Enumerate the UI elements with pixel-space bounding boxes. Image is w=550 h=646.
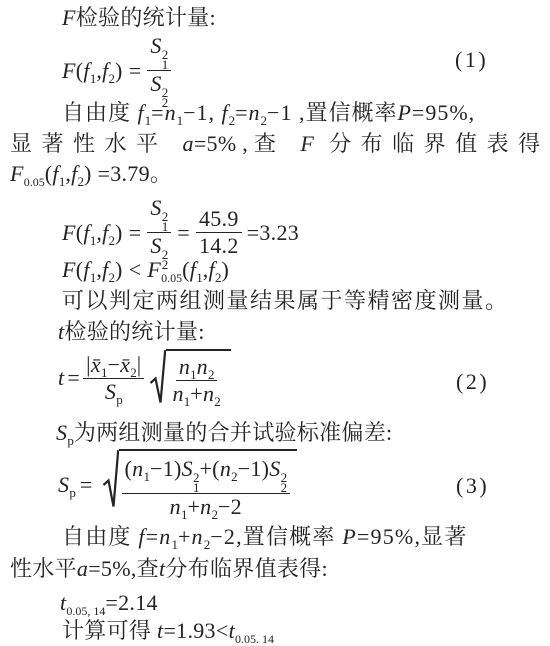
minus-two: −2 <box>210 524 236 549</box>
calculation-result-line: 计算可得 t=1.93<t0.05. 14 <box>62 617 274 645</box>
t-test-heading: t检验的统计量: <box>58 318 205 346</box>
var-n: n <box>159 524 171 549</box>
subscript-2: 2 <box>214 394 221 409</box>
plus-sign: + <box>190 381 203 406</box>
equals-sign: = <box>235 100 248 125</box>
fraction-numeric: 45.9 14.2 <box>196 206 242 259</box>
paren-close: ) <box>174 456 182 481</box>
subscript-005-14: 0.05, 14 <box>66 604 105 618</box>
plus-sign: + <box>178 524 192 549</box>
var-f: f <box>138 100 145 125</box>
comma: , <box>208 100 221 125</box>
fraction-numerator: |x̄1−x̄2| <box>83 352 144 379</box>
paragraph-2-line-2: 性水平a=5%,查t分布临界值表得: <box>10 555 328 583</box>
radical-sign <box>102 449 119 510</box>
var-S: S <box>105 379 116 404</box>
paren-open: ( <box>212 456 220 481</box>
fraction-n1n2: n1n2 n1+n2 <box>169 354 223 407</box>
var-n: n <box>197 354 208 379</box>
fraction-numerator: S21 <box>147 33 171 71</box>
var-n: n <box>172 381 183 406</box>
var-F: F <box>62 220 76 245</box>
value-5pct: =5%,查 <box>88 556 159 581</box>
equation-2: t= |x̄1−x̄2| Sp n1n2 n1+n2 <box>58 349 231 407</box>
text-zhixin-gailv: ,置信概率 <box>292 100 397 125</box>
document-page: F检验的统计量: F(f1,f2)= S21 S22 (1) 自由度 f1=n1… <box>0 0 550 646</box>
text-xianzhu: ,显著 <box>414 524 467 549</box>
equation-lhs: F(f1,f2)= <box>62 219 147 247</box>
var-n: n <box>132 456 143 481</box>
equals-sign: = <box>129 58 142 83</box>
square-root: n1n2 n1+n2 <box>149 349 230 407</box>
radicand: (n1−1)S21+(n2−1)S22 n1+n2−2 <box>119 449 298 520</box>
t-critical-line: t0.05, 14=2.14 <box>60 589 158 617</box>
var-S: S <box>150 71 161 96</box>
sp-definition-line: Sp为两组测量的合并试验标准偏差: <box>56 419 392 447</box>
text-jisuan-kede: 计算可得 <box>62 618 157 643</box>
value-214: =2.14 <box>105 590 157 615</box>
fraction-numerator: 45.9 <box>196 206 242 233</box>
text-zhixin-gailv: ,置信概率 <box>236 524 342 549</box>
subscript-005-14: 0.05. 14 <box>235 632 274 646</box>
paren-open: ( <box>182 257 190 282</box>
equals-sign: = <box>67 365 80 390</box>
text-fenbu-linjie: 分布临界值表得: <box>165 556 328 581</box>
var-S: S <box>150 233 161 258</box>
var-S: S <box>150 195 161 220</box>
heading-text: 检验的统计量: <box>64 319 204 344</box>
var-S: S <box>182 456 193 481</box>
paren-close: ) <box>115 257 123 282</box>
var-F: F <box>62 58 76 83</box>
var-n: n <box>192 524 204 549</box>
fraction-pooled: (n1−1)S21+(n2−1)S22 n1+n2−2 <box>122 454 291 520</box>
fraction-s1-s2: S21 S22 <box>147 33 171 108</box>
radical-sign <box>149 349 166 406</box>
var-f: f <box>138 524 145 549</box>
square-root: (n1−1)S21+(n2−1)S22 n1+n2−2 <box>102 449 298 520</box>
fraction-denominator: Sp <box>102 379 126 405</box>
paragraph-1-line-1: 自由度 f1=n1−1, f2=n2−1 ,置信概率P=95%, <box>62 99 475 127</box>
var-a: a <box>183 131 194 156</box>
var-F: F <box>62 257 76 282</box>
text-cha: 查 <box>254 131 301 156</box>
equation-3: Sp= (n1−1)S21+(n2−1)S22 n1+n2−2 <box>58 449 297 520</box>
plus-sign: + <box>199 456 212 481</box>
minus-one: −1 <box>238 456 262 481</box>
subscript-2: 2 <box>208 367 215 382</box>
value-5pct: =5% , <box>194 131 254 156</box>
equation-1-lhs: F(f1,f2)= <box>62 57 147 85</box>
inequality-line: F(f1,f2)<F0.05(f1,f2) <box>62 256 229 284</box>
var-F: F <box>147 257 161 282</box>
fraction-numerator: (n1−1)S21+(n2−1)S22 <box>122 454 291 494</box>
subscript-1: 1 <box>162 222 169 232</box>
fraction-denominator: n1+n2−2 <box>167 494 245 520</box>
equation-3-lhs: Sp= <box>58 471 97 499</box>
subscript-p: p <box>69 485 76 500</box>
f-test-heading: F检验的统计量: <box>62 4 216 32</box>
minus-one: −1 <box>183 100 208 125</box>
var-S: S <box>58 472 69 497</box>
var-S: S <box>56 420 67 445</box>
value-323: =3.23 <box>247 219 299 247</box>
minus-one: −1 <box>267 100 292 125</box>
fraction-numerator: n1n2 <box>176 354 218 381</box>
var-S: S <box>150 33 161 58</box>
text-ziyoudu: 自由度 <box>62 524 138 549</box>
less-than-sign: < <box>129 257 142 282</box>
fraction-numerator: S21 <box>147 195 171 233</box>
subscript-1: 1 <box>193 483 200 493</box>
var-a: a <box>77 556 88 581</box>
var-t: t <box>58 365 64 390</box>
var-n: n <box>220 456 231 481</box>
text-xianzhuxing: 显著性水平 <box>10 131 183 156</box>
paren-close: ) <box>221 257 229 282</box>
var-f: f <box>221 100 228 125</box>
sup-sub-stack: 21 <box>162 212 169 232</box>
subscript-1: 1 <box>162 60 169 70</box>
value-95pct: =95%, <box>412 100 475 125</box>
paragraph-1-line-2: 显著性水平 a=5% , 查 F 分布临界值表得 <box>10 130 550 158</box>
paren-close: ) <box>115 58 123 83</box>
text-fenbu-linjie: 分布临界值表得 <box>314 131 550 156</box>
minus-one: −1 <box>150 456 174 481</box>
var-P: P <box>342 524 357 549</box>
paragraph-2-line-1: 自由度 f=n1+n2−2,置信概率 P=95%,显著 <box>62 523 468 551</box>
equation-number-2: (2) <box>456 369 489 395</box>
sup-sub-stack: 22 <box>281 473 288 493</box>
minus-two: −2 <box>218 494 242 519</box>
radicand: n1n2 n1+n2 <box>166 349 230 407</box>
definition-text: 为两组测量的合并试验标准偏差: <box>74 420 393 445</box>
equation-1: F(f1,f2)= S21 S22 <box>62 33 171 108</box>
paragraph-1-line-3: F0.05(f1,f2) =3.79。 <box>10 160 172 188</box>
fraction-denominator: n1+n2 <box>169 381 223 407</box>
var-xbar: x̄ <box>120 352 130 377</box>
subscript-005: 0.05 <box>24 175 45 189</box>
value-379: =3.79。 <box>92 161 173 186</box>
equation-2-lhs: t= <box>58 364 83 392</box>
var-n: n <box>170 494 181 519</box>
value-193-lt: =1.93< <box>163 618 228 643</box>
var-n: n <box>179 354 190 379</box>
equation-number-3: (3) <box>456 473 489 499</box>
var-F: F <box>10 161 24 186</box>
var-n: n <box>203 381 214 406</box>
heading-text: 检验的统计量: <box>76 5 216 30</box>
var-F: F <box>62 5 76 30</box>
paren-close: ) <box>84 161 92 186</box>
abs-bar: | <box>137 352 142 377</box>
paren-close: ) <box>115 220 123 245</box>
equals-sign: = <box>146 524 160 549</box>
value-95pct: =95% <box>357 524 415 549</box>
text-xing-shuiping: 性水平 <box>10 556 77 581</box>
var-n: n <box>165 100 177 125</box>
var-n: n <box>249 100 261 125</box>
equals-sign: = <box>80 472 93 497</box>
var-xbar: x̄ <box>91 352 101 377</box>
fraction-xbar-sp: |x̄1−x̄2| Sp <box>83 352 144 405</box>
var-n: n <box>200 494 211 519</box>
equals-sign: = <box>129 220 142 245</box>
verdict-sentence: 可以判定两组测量结果属于等精密度测量。 <box>62 287 509 315</box>
equals-sign: = <box>177 219 190 247</box>
subscript-2: 2 <box>281 483 288 493</box>
text-ziyoudu: 自由度 <box>62 100 138 125</box>
minus-sign: − <box>107 352 120 377</box>
subscript-005: 0.05 <box>161 271 182 285</box>
var-F: F <box>300 131 314 156</box>
var-P: P <box>397 100 411 125</box>
equals-sign: = <box>151 100 164 125</box>
var-S: S <box>269 456 280 481</box>
subscript-p: p <box>116 392 123 407</box>
sup-sub-stack: 21 <box>162 50 169 70</box>
equation-number-1: (1) <box>455 47 488 73</box>
plus-sign: + <box>187 494 200 519</box>
